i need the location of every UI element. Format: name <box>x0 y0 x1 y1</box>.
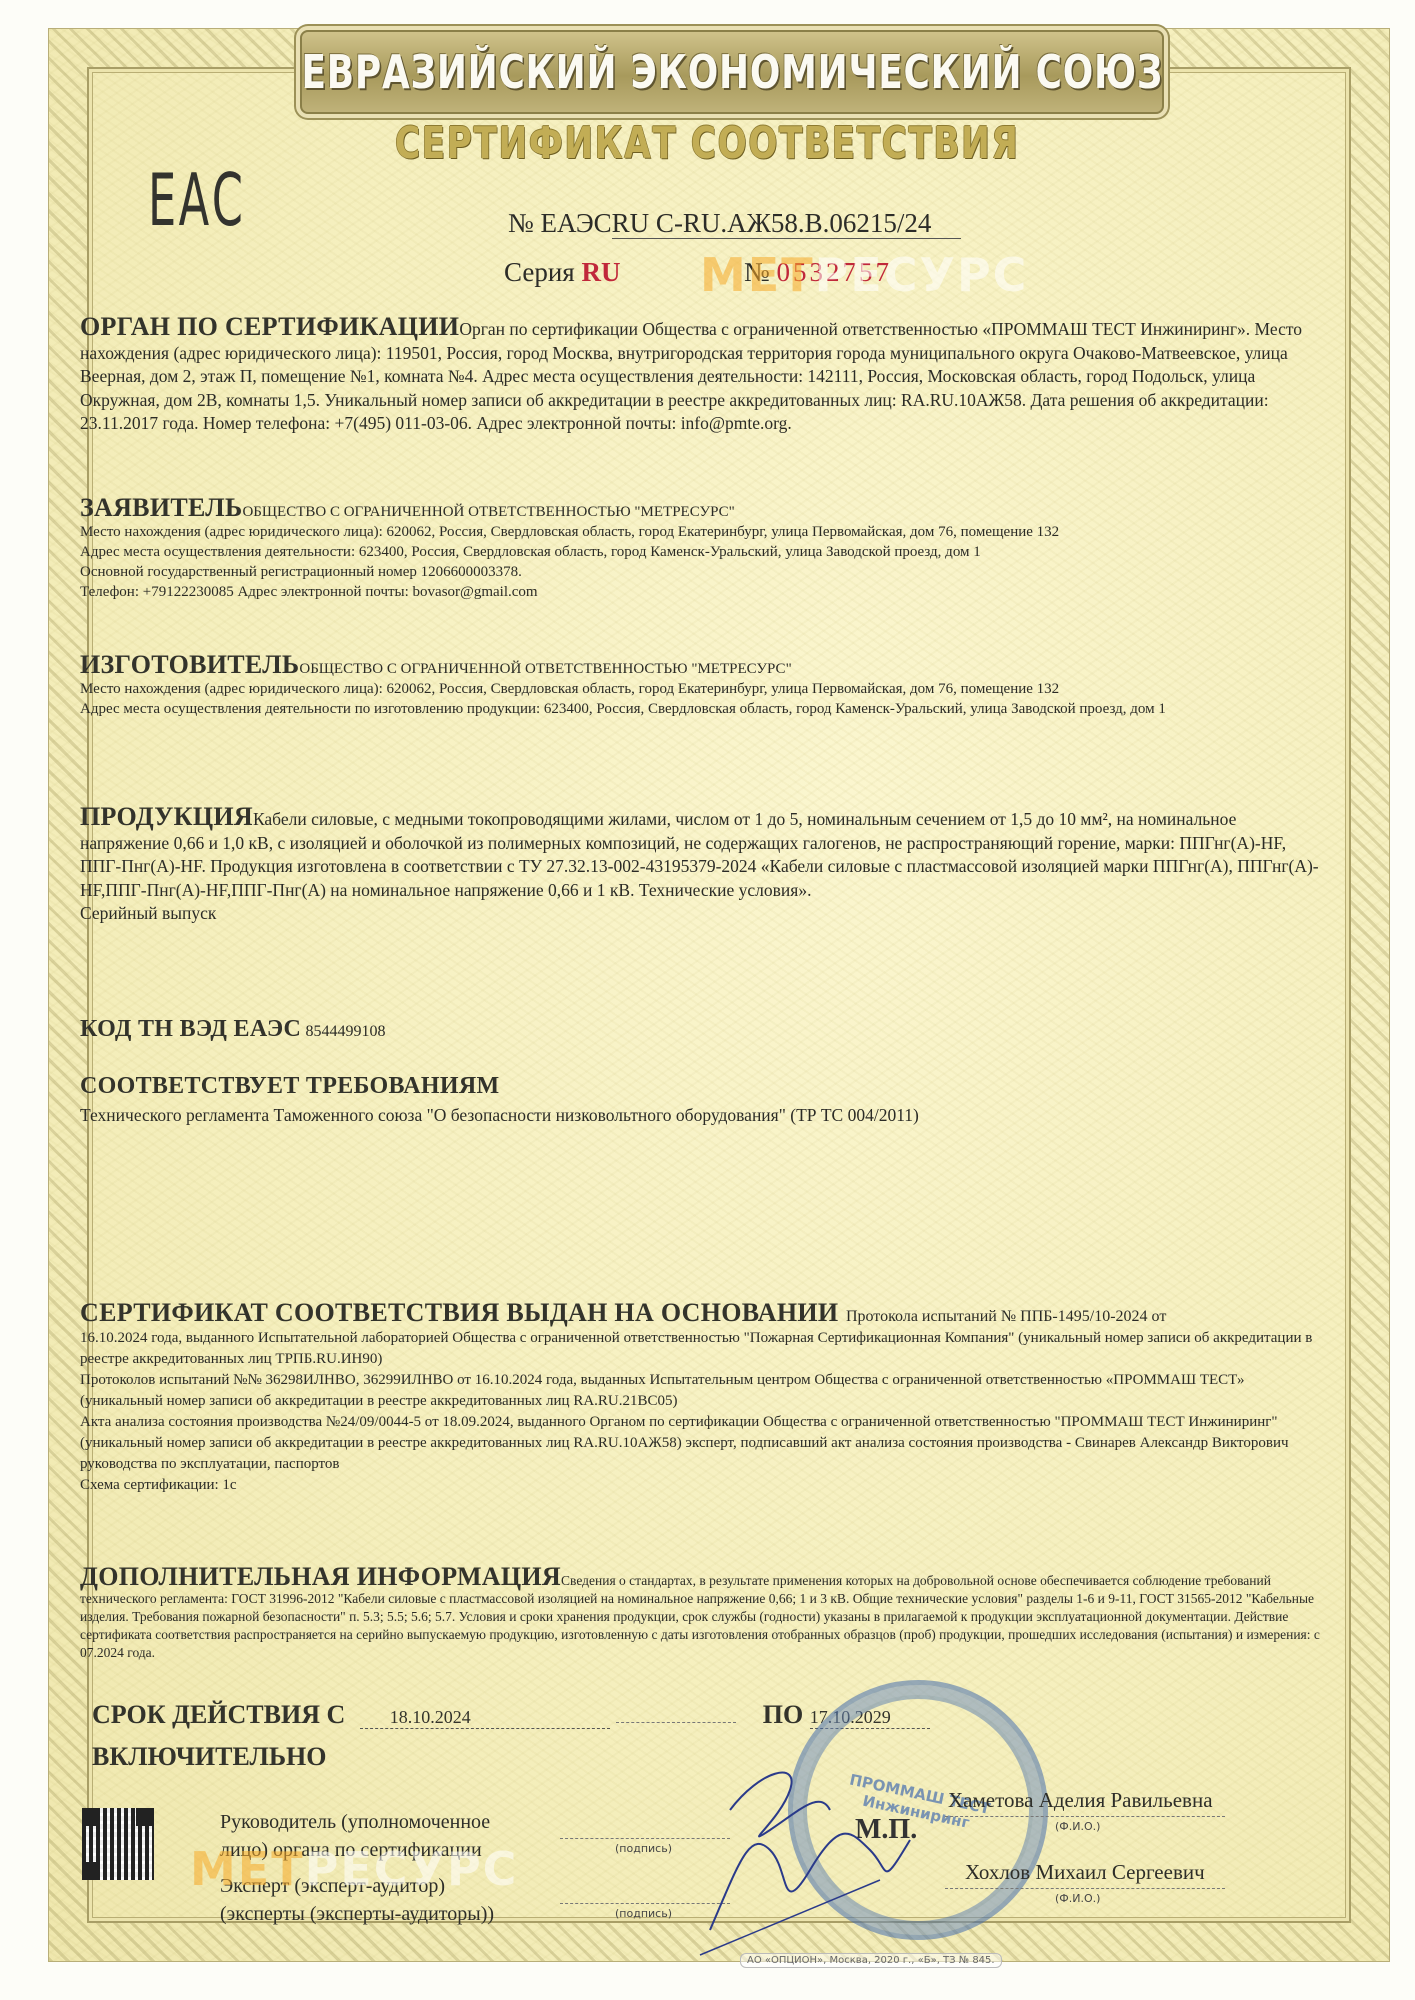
expert-label-line2: (эксперты (эксперты-аудиторы)) <box>220 1900 494 1928</box>
eac-logo-icon: ЕАС <box>148 158 245 242</box>
printer-imprint: АО «ОПЦИОН», Москва, 2020 г., «Б», ТЗ № … <box>740 1953 1002 1968</box>
basis-line: Акта анализа состояния производства №24/… <box>80 1412 1320 1454</box>
tn-ved-heading: КОД ТН ВЭД ЕАЭС <box>80 1016 301 1042</box>
section-requirements: СООТВЕТСТВУЕТ ТРЕБОВАНИЯМ Технического р… <box>80 1075 1320 1127</box>
qr-code[interactable] <box>82 1808 154 1880</box>
validity-to-label: ПО <box>763 1700 803 1729</box>
product-text: Кабели силовые, с медными токопроводящим… <box>80 809 1319 900</box>
manufacturer-line: Адрес места осуществления деятельности п… <box>80 699 1320 719</box>
applicant-line: Адрес места осуществления деятельности: … <box>80 542 1320 562</box>
expert-label: Эксперт (эксперт-аудитор) (эксперты (экс… <box>220 1872 494 1928</box>
product-heading: ПРОДУКЦИЯ <box>80 802 253 831</box>
series-label: Серия <box>504 257 575 287</box>
section-applicant: ЗАЯВИТЕЛЬОБЩЕСТВО С ОГРАНИЧЕННОЙ ОТВЕТСТ… <box>80 498 1320 602</box>
fio-caption: (Ф.И.О.) <box>1055 1820 1100 1833</box>
head-label: Руководитель (уполномоченное лицо) орган… <box>220 1808 490 1864</box>
expert-name: Хохлов Михаил Сергеевич <box>965 1860 1205 1885</box>
manufacturer-heading: ИЗГОТОВИТЕЛЬ <box>80 650 299 679</box>
requirements-heading: СООТВЕТСТВУЕТ ТРЕБОВАНИЯМ <box>80 1073 499 1099</box>
section-manufacturer: ИЗГОТОВИТЕЛЬОБЩЕСТВО С ОГРАНИЧЕННОЙ ОТВЕ… <box>80 655 1320 719</box>
basis-line: 16.10.2024 года, выданного Испытательной… <box>80 1328 1320 1370</box>
blank-no-label: № <box>744 257 770 287</box>
head-name: Хаметова Аделия Равильевна <box>948 1788 1213 1813</box>
section-tn-ved: КОД ТН ВЭД ЕАЭС 8544499108 <box>80 1018 1320 1044</box>
signature-caption: (подпись) <box>615 1842 672 1855</box>
basis-line: руководства по эксплуатации, паспортов <box>80 1454 1320 1475</box>
section-additional: ДОПОЛНИТЕЛЬНАЯ ИНФОРМАЦИЯСведения о стан… <box>80 1568 1320 1662</box>
requirements-text: Технического регламента Таможенного союз… <box>80 1104 1320 1128</box>
series-value: RU <box>581 257 620 287</box>
applicant-line: Основной государственный регистрационный… <box>80 562 1320 582</box>
manufacturer-line: Место нахождения (адрес юридического лиц… <box>80 679 1320 699</box>
validity-from-date: 18.10.2024 <box>360 1707 610 1729</box>
certificate-number: № ЕАЭСRU C-RU.АЖ58.В.06215/24 <box>508 208 961 239</box>
applicant-line: Место нахождения (адрес юридического лиц… <box>80 522 1320 542</box>
head-label-line1: Руководитель (уполномоченное <box>220 1808 490 1836</box>
number-value: RU C-RU.АЖ58.В.06215/24 <box>612 208 962 239</box>
basis-lead: Протокола испытаний № ППБ-1495/10-2024 о… <box>846 1308 1166 1325</box>
blank-no-value: 0532757 <box>776 257 892 287</box>
union-title: ЕВРАЗИЙСКИЙ ЭКОНОМИЧЕСКИЙ СОЮЗ <box>301 45 1163 99</box>
product-release: Серийный выпуск <box>80 902 1320 926</box>
validity-from-label: СРОК ДЕЙСТВИЯ С <box>92 1700 345 1729</box>
basis-line: Схема сертификации: 1с <box>80 1475 1320 1496</box>
section-product: ПРОДУКЦИЯКабели силовые, с медными токоп… <box>80 805 1320 926</box>
applicant-name: ОБЩЕСТВО С ОГРАНИЧЕННОЙ ОТВЕТСТВЕННОСТЬЮ… <box>242 504 734 520</box>
tn-ved-value: 8544499108 <box>305 1023 385 1040</box>
seal-mark: М.П. <box>855 1814 917 1846</box>
basis-line: Протоколов испытаний №№ 36298ИЛНВО, 3629… <box>80 1370 1320 1412</box>
fio-caption: (Ф.И.О.) <box>1055 1892 1100 1905</box>
manufacturer-name: ОБЩЕСТВО С ОГРАНИЧЕННОЙ ОТВЕТСТВЕННОСТЬЮ… <box>299 661 791 677</box>
certificate-title-text: СЕРТИФИКАТ СООТВЕТСТВИЯ <box>395 118 1019 169</box>
applicant-line: Телефон: +79122230085 Адрес электронной … <box>80 582 1320 602</box>
head-label-line2: лицо) органа по сертификации <box>220 1836 490 1864</box>
section-cert-body: ОРГАН ПО СЕРТИФИКАЦИИОрган по сертификац… <box>80 315 1320 436</box>
union-banner: ЕВРАЗИЙСКИЙ ЭКОНОМИЧЕСКИЙ СОЮЗ <box>300 30 1164 114</box>
number-prefix: № ЕАЭС <box>508 208 612 238</box>
signature-caption: (подпись) <box>615 1907 672 1920</box>
expert-label-line1: Эксперт (эксперт-аудитор) <box>220 1872 494 1900</box>
section-basis: СЕРТИФИКАТ СООТВЕТСТВИЯ ВЫДАН НА ОСНОВАН… <box>80 1302 1320 1496</box>
basis-heading: СЕРТИФИКАТ СООТВЕТСТВИЯ ВЫДАН НА ОСНОВАН… <box>80 1298 838 1327</box>
cert-body-heading: ОРГАН ПО СЕРТИФИКАЦИИ <box>80 312 459 341</box>
additional-heading: ДОПОЛНИТЕЛЬНАЯ ИНФОРМАЦИЯ <box>80 1562 561 1591</box>
applicant-heading: ЗАЯВИТЕЛЬ <box>80 493 242 522</box>
series-row: Серия RU № 0532757 <box>504 257 892 288</box>
